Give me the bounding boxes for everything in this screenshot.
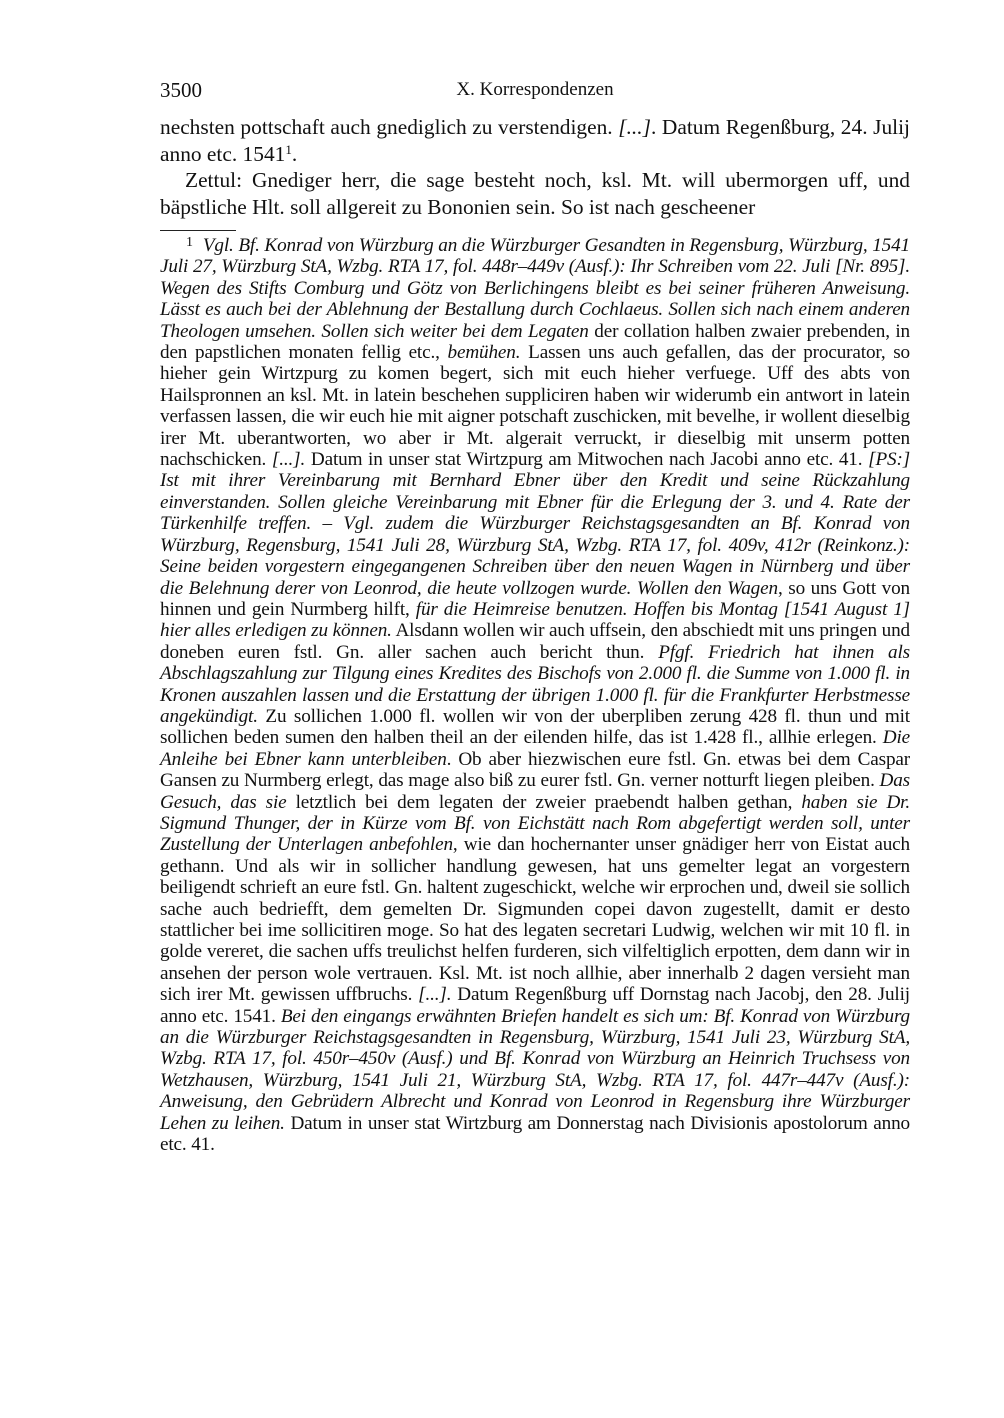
text-segment: nechsten pottschaft auch gnediglich zu v…: [160, 115, 618, 139]
footnote-italic-segment: [PS:] Ist mit ihrer Vereinbarung mit Ber…: [160, 449, 910, 598]
footnote-roman-segment: , wie dan hochernanter unser gnädiger he…: [160, 834, 910, 1005]
main-paragraph-1: nechsten pottschaft auch gnediglich zu v…: [160, 114, 910, 167]
page-header: 3500 X. Korrespondenzen: [160, 78, 910, 106]
text-segment: .: [292, 142, 297, 166]
footnote-italic-segment: [...].: [418, 984, 451, 1005]
footnote-italic-segment: [...].: [272, 449, 305, 470]
footnote-marker: 1: [186, 235, 193, 250]
footnote-divider: [160, 230, 236, 231]
footnote-1: 1Vgl. Bf. Konrad von Würzburg an die Wür…: [160, 235, 910, 1155]
footnote-italic-segment: bemühen.: [448, 342, 521, 363]
running-title: X. Korrespondenzen: [160, 79, 910, 101]
editorial-omission: [...]: [618, 115, 651, 139]
text-segment: Zettul: Gnediger herr, die sage besteht …: [160, 168, 910, 219]
footnote-roman-segment: Zu sollichen 1.000 fl. wollen wir von de…: [160, 706, 910, 748]
main-paragraph-2: Zettul: Gnediger herr, die sage besteht …: [160, 167, 910, 220]
main-text: nechsten pottschaft auch gnediglich zu v…: [160, 114, 910, 220]
footnote-roman-segment: Datum in unser stat Wirtzpurg am Mitwoch…: [305, 449, 868, 470]
document-page: 3500 X. Korrespondenzen nechsten pottsch…: [160, 78, 910, 1155]
footnote-roman-segment: letztlich bei dem legaten der zweier pra…: [287, 792, 802, 813]
